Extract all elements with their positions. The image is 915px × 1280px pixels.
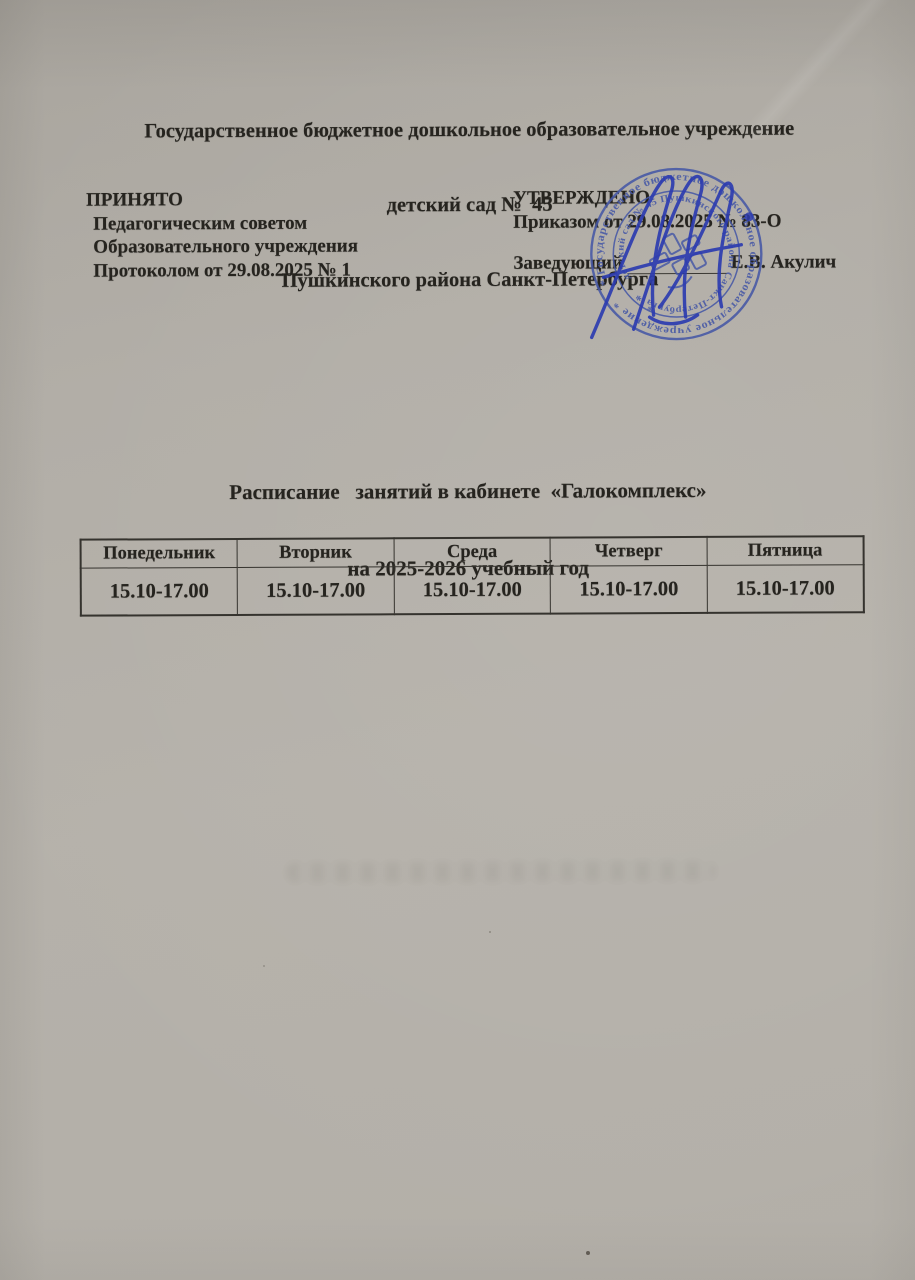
ink-blot: [745, 212, 754, 221]
paper-speck: [586, 1251, 590, 1255]
day-header-cell: Четверг: [550, 537, 707, 566]
accepted-title: ПРИНЯТО: [86, 187, 358, 212]
accepted-block: ПРИНЯТО Педагогическим советом Образоват…: [86, 187, 358, 282]
time-cell: 15.10-17.00: [81, 567, 238, 615]
org-name-line1: Государственное бюджетное дошкольное обр…: [12, 116, 915, 145]
time-cell: 15.10-17.00: [707, 565, 864, 613]
paper-speck: [489, 931, 491, 933]
scanned-document-page: Государственное бюджетное дошкольное обр…: [0, 0, 915, 1280]
day-header-cell: Вторник: [237, 538, 394, 567]
time-cell: 15.10-17.00: [550, 565, 707, 613]
day-header-cell: Понедельник: [81, 539, 238, 568]
time-cell: 15.10-17.00: [394, 566, 551, 614]
schedule-times-row: 15.10-17.00 15.10-17.00 15.10-17.00 15.1…: [81, 565, 864, 616]
day-header-cell: Среда: [394, 538, 551, 567]
time-cell: 15.10-17.00: [237, 567, 394, 615]
day-header-cell: Пятница: [707, 536, 864, 565]
schedule-table: Понедельник Вторник Среда Четверг Пятниц…: [80, 535, 865, 616]
accepted-line1: Педагогическим советом: [86, 211, 358, 236]
document-title-line1: Расписание занятий в кабинете «Галокомпл…: [10, 477, 915, 506]
schedule-header-row: Понедельник Вторник Среда Четверг Пятниц…: [81, 536, 864, 568]
paper-speck: [263, 965, 265, 967]
bleed-through-ghost: [286, 861, 716, 883]
accepted-line2: Образовательного учреждения: [86, 234, 358, 259]
accepted-line3: Протоколом от 29.08.2025 № 1: [86, 258, 358, 283]
document-content: Государственное бюджетное дошкольное обр…: [0, 0, 915, 1280]
signature-icon: [561, 155, 792, 371]
